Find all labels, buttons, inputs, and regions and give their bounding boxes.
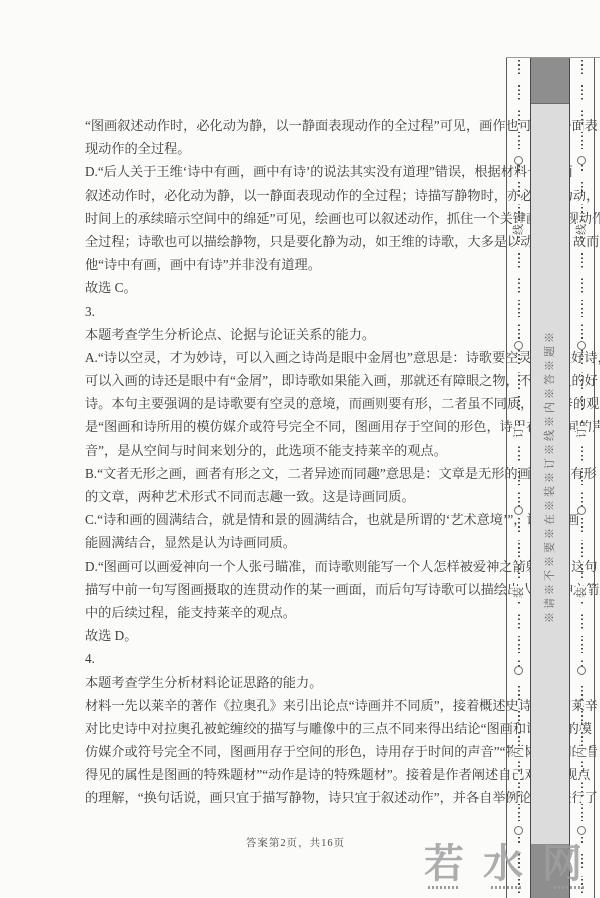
- text-line: D.“图画可以画爱神向一个人张弓瞄准，而诗歌则能写一个人怎样被爱神之箭射中”，这…: [85, 555, 506, 578]
- circle-marker-icon: [577, 156, 586, 165]
- text-line: 的理解，“换句话说，画只宜于描写静物，诗只宜于叙述动作”，并各自举例论证，进行了: [85, 786, 506, 809]
- text-line: 的文章，两种艺术形式不同而志趣一致。这是诗画同质。: [85, 485, 506, 508]
- band-dark-segment-top: [531, 58, 569, 104]
- binding-char: 装: [576, 586, 589, 599]
- text-line: 材料一先以莱辛的著作《拉奥孔》来引出论点“诗画并不同质”，接着概述史诗内容和莱辛: [85, 694, 506, 717]
- binding-dashed-line-left: 线 订 装 内: [511, 58, 527, 898]
- text-line: 对比史诗中对拉奥孔被蛇缠绞的描写与雕像中的三点不同来得出结论“图画和诗所用的模: [85, 717, 506, 740]
- binding-strip-band: ※请※不※要※在※装※订※线※内※答※题※: [530, 58, 570, 898]
- binding-char: 线: [513, 223, 526, 236]
- text-line: 仿媒介或符号完全不同，图画用存于空间的形色，诗用存于时间的声音”“物体和它们的看: [85, 740, 506, 763]
- text-line: 故选 C。: [85, 276, 506, 299]
- text-line: A.“诗以空灵，才为妙诗，可以入画之诗尚是眼中金屑也”意思是：诗歌要空灵，才是好…: [85, 346, 506, 369]
- text-line: 4.: [85, 647, 506, 670]
- circle-marker-icon: [514, 341, 523, 350]
- circle-marker-icon: [577, 506, 586, 515]
- circle-marker-icon: [514, 156, 523, 165]
- text-line: 可以入画的诗还是眼中有“金屑”，即诗歌如果能入画，那就还有障眼之物，不算空灵的好: [85, 369, 506, 392]
- text-line: 他“诗中有画，画中有诗”并非没有道理。: [85, 253, 506, 276]
- circle-marker-icon: [514, 506, 523, 515]
- text-line: 得见的属性是图画的特殊题材”“动作是诗的特殊题材”。接着是作者阐述自己对莱辛观点: [85, 763, 506, 786]
- binding-char: 内: [576, 746, 589, 759]
- circle-marker-icon: [577, 341, 586, 350]
- scanned-answer-page: “图画叙述动作时，必化动为静，以一静面表现动作的全过程”可见，画作也可以一静面表…: [0, 0, 600, 898]
- text-line: 叙述动作时，必化动为静，以一静面表现动作的全过程；诗描写静物时，亦必化静为动，以: [85, 184, 506, 207]
- watermark-text: 若水网: [424, 843, 600, 885]
- strip-border-left: [506, 58, 507, 898]
- watermark: 若水网: [424, 843, 600, 889]
- text-line: 全过程；诗歌也可以描绘静物，只是要化静为动，如王维的诗歌，大多是以动衬静，故而说: [85, 230, 506, 253]
- text-line: 时间上的承续暗示空间中的绵延”可见，绘画也可以叙述动作，抓住一个关键画面表现动作: [85, 207, 506, 230]
- text-line: 本题考查学生分析材料论证思路的能力。: [85, 671, 506, 694]
- circle-marker-icon: [577, 666, 586, 675]
- strip-border-right: [594, 58, 595, 898]
- text-line: 是“图画和诗所用的模仿媒介或符号完全不同，图画用存于空间的形色，诗用存于时间的声: [85, 415, 506, 438]
- text-line: C.“诗和画的圆满结合，就是情和景的圆满结合，也就是所谓的‘艺术意境’”，认为诗…: [85, 508, 506, 531]
- text-line: 诗。本句主要强调的是诗歌要有空灵的意境，而画则要有形，二者虽不同质，但莱辛的观点: [85, 392, 506, 415]
- binding-char: 订: [513, 426, 526, 439]
- text-line: 3.: [85, 300, 506, 323]
- binding-strip: 线 订 装 内 线 订 装 内 ※请※不※要※在※装※订※线※内※答※题※: [506, 57, 600, 898]
- binding-char: 线: [576, 223, 589, 236]
- text-line: 中的后续过程，能支持莱辛的观点。: [85, 601, 506, 624]
- text-line: 故选 D。: [85, 624, 506, 647]
- text-line: 本题考查学生分析论点、论据与论证关系的能力。: [85, 323, 506, 346]
- dashed-line: [518, 60, 520, 898]
- text-line: “图画叙述动作时，必化动为静，以一静面表现动作的全过程”可见，画作也可以一静面表: [85, 114, 506, 137]
- text-line: 能圆满结合，显然是认为诗画同质。: [85, 531, 506, 554]
- text-line: D.“后人关于王维‘诗中有画，画中有诗’的说法其实没有道理”错误，根据材料一“图…: [85, 160, 506, 183]
- binding-dashed-line-right: 线 订 装 内: [574, 58, 590, 898]
- circle-marker-icon: [514, 666, 523, 675]
- circle-marker-icon: [577, 826, 586, 835]
- binding-char: 内: [513, 746, 526, 759]
- text-line: 现动作的全过程。: [85, 137, 506, 160]
- circle-marker-icon: [514, 826, 523, 835]
- watermark-subtext-marks: [428, 886, 600, 889]
- binding-warning-text: ※请※不※要※在※装※订※线※内※答※题※: [542, 300, 558, 652]
- text-line: 描写中前一句写图画摄取的连贯动作的某一画面，而后句写诗歌可以描绘出人被爱神之箭射: [85, 578, 506, 601]
- answer-text-block: “图画叙述动作时，必化动为静，以一静面表现动作的全过程”可见，画作也可以一静面表…: [85, 114, 506, 810]
- text-line: 音”，是从空间与时间来划分的，此选项不能支持莱辛的观点。: [85, 439, 506, 462]
- binding-char: 装: [513, 586, 526, 599]
- text-line: B.“文者无形之画，画者有形之文，二者异迹而同趣”意思是：文章是无形的画，画是有…: [85, 462, 506, 485]
- dashed-line: [581, 60, 583, 898]
- binding-char: 订: [576, 426, 589, 439]
